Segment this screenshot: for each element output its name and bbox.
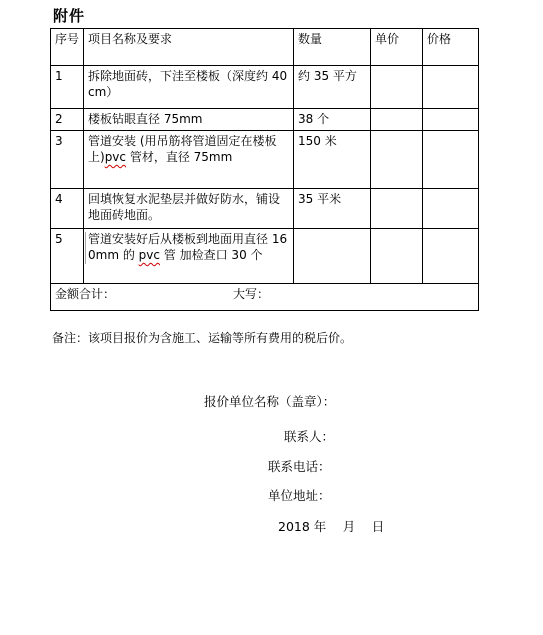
header-item-name: 项目名称及要求 bbox=[84, 29, 294, 66]
row-quantity: 38 个 bbox=[294, 109, 371, 131]
row-description: 拆除地面砖，下洼至楼板（深度约 40cm） bbox=[84, 66, 294, 109]
row-no: 2 bbox=[51, 109, 84, 131]
row-unit-price-cell[interactable] bbox=[371, 229, 423, 284]
phone-label: 联系电话： bbox=[268, 457, 331, 475]
date-line: 2018 年 月 日 bbox=[278, 517, 384, 535]
header-quantity: 数量 bbox=[294, 29, 371, 66]
row-unit-price-cell[interactable] bbox=[371, 66, 423, 109]
amount-in-words-label: 大写： bbox=[233, 286, 269, 302]
row-price-cell[interactable] bbox=[423, 109, 479, 131]
total-cell[interactable]: 金额合计：大写： bbox=[51, 284, 479, 311]
row-no: 1 bbox=[51, 66, 84, 109]
header-unit-price: 单价 bbox=[371, 29, 423, 66]
total-amount-label: 金额合计： bbox=[55, 287, 115, 301]
table-row: 2 楼板钻眼直径 75mm 38 个 bbox=[51, 109, 479, 131]
row-price-cell[interactable] bbox=[423, 189, 479, 229]
row-description: 管道安装 (用吊筋将管道固定在楼板上)pvc 管材，直径 75mm bbox=[84, 131, 294, 189]
row-description: 管道安装好后从楼板到地面用直径 160mm 的 pvc 管 加检查口 30 个 bbox=[84, 229, 294, 284]
row-quantity: 150 米 bbox=[294, 131, 371, 189]
table-row: 4 回填恢复水泥垫层并做好防水，铺设地面砖地面。 35 平米 bbox=[51, 189, 479, 229]
row-description: 回填恢复水泥垫层并做好防水，铺设地面砖地面。 bbox=[84, 189, 294, 229]
row-quantity: 35 平米 bbox=[294, 189, 371, 229]
header-price: 价格 bbox=[423, 29, 479, 66]
row-quantity: 约 35 平方 bbox=[294, 66, 371, 109]
row-no: 5 bbox=[51, 229, 84, 284]
row-no: 3 bbox=[51, 131, 84, 189]
note-text: 备注：该项目报价为含施工、运输等所有费用的税后价。 bbox=[52, 329, 352, 346]
page-title: 附件 bbox=[53, 5, 85, 26]
row-price-cell[interactable] bbox=[423, 229, 479, 284]
table-row: 1 拆除地面砖，下洼至楼板（深度约 40cm） 约 35 平方 bbox=[51, 66, 479, 109]
total-row: 金额合计：大写： bbox=[51, 284, 479, 311]
row-price-cell[interactable] bbox=[423, 66, 479, 109]
header-no: 序号 bbox=[51, 29, 84, 66]
row-price-cell[interactable] bbox=[423, 131, 479, 189]
address-label: 单位地址： bbox=[268, 486, 331, 504]
quotation-table: 序号 项目名称及要求 数量 单价 价格 1 拆除地面砖，下洼至楼板（深度约 40… bbox=[50, 28, 479, 311]
table-header-row: 序号 项目名称及要求 数量 单价 价格 bbox=[51, 29, 479, 66]
table-row: 3 管道安装 (用吊筋将管道固定在楼板上)pvc 管材，直径 75mm 150 … bbox=[51, 131, 479, 189]
row-unit-price-cell[interactable] bbox=[371, 131, 423, 189]
row-unit-price-cell[interactable] bbox=[371, 189, 423, 229]
row-description: 楼板钻眼直径 75mm bbox=[84, 109, 294, 131]
row-unit-price-cell[interactable] bbox=[371, 109, 423, 131]
company-seal-label: 报价单位名称（盖章）： bbox=[204, 392, 335, 410]
revision-bar-text: 管道安装好后从楼板到地面用直径 160mm 的 pvc 管 加检查口 30 个 bbox=[88, 231, 289, 263]
contact-label: 联系人： bbox=[284, 427, 334, 445]
row-quantity[interactable] bbox=[294, 229, 371, 284]
row-no: 4 bbox=[51, 189, 84, 229]
table-row: 5 管道安装好后从楼板到地面用直径 160mm 的 pvc 管 加检查口 30 … bbox=[51, 229, 479, 284]
